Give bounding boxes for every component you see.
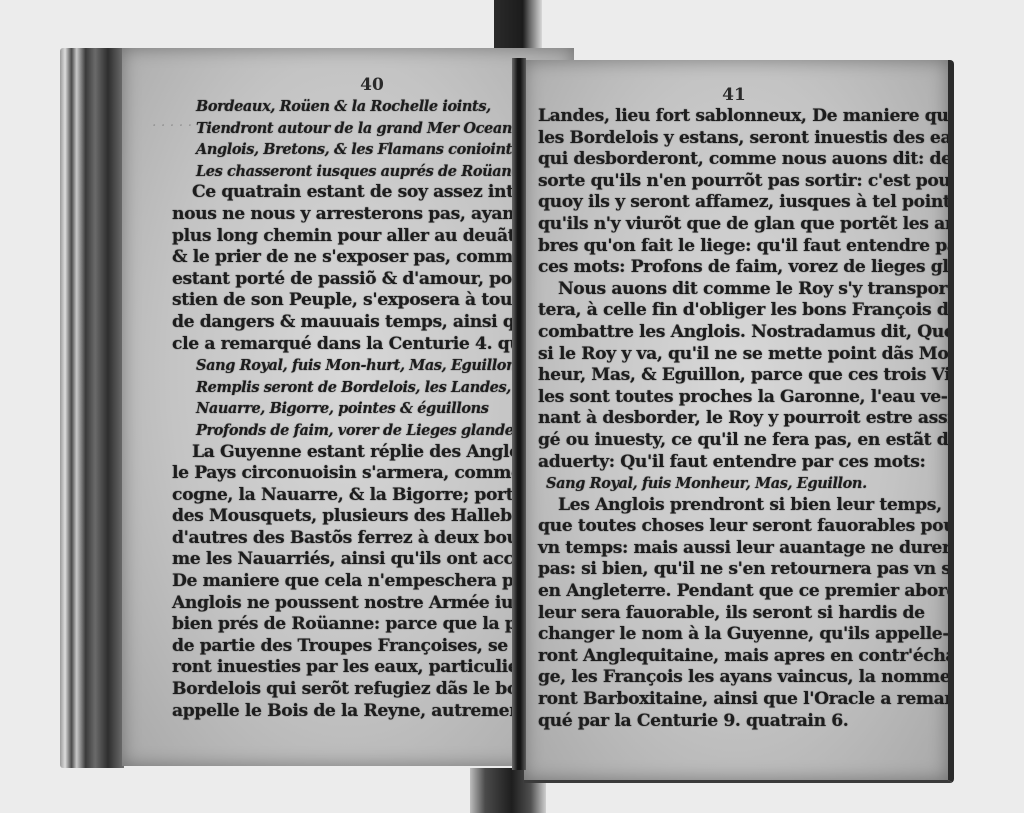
book-gutter	[512, 58, 526, 770]
text-line: les sont toutes proches la Garonne, l'ea…	[538, 387, 930, 409]
left-page: · · · · · 40 Bordeaux, Roüen & la Rochel…	[122, 48, 574, 766]
text-line: nant à desborder, le Roy y pourroit estr…	[538, 408, 930, 430]
text-line: pas: si bien, qu'il ne s'en retournera p…	[538, 559, 930, 581]
text-line: qui desborderont, comme nous auons dit: …	[538, 149, 930, 171]
text-line: tera, à celle fin d'obliger les bons Fra…	[538, 300, 930, 322]
text-line: aduerty: Qu'il faut entendre par ces mot…	[538, 452, 930, 474]
text-line: combattre les Anglois. Nostradamus dit, …	[538, 322, 930, 344]
text-line: qué par la Centurie 9. quatrain 6.	[538, 711, 930, 733]
text-line: que toutes choses leur seront fauorables…	[538, 516, 930, 538]
paragraph: Landes, lieu fort sablonneux, De maniere…	[538, 106, 930, 279]
text-line: ge, les François les ayans vaincus, la n…	[538, 667, 930, 689]
open-book: · · · · · 40 Bordeaux, Roüen & la Rochel…	[60, 44, 950, 780]
paragraph: Nous auons dit comme le Roy s'y transpor…	[538, 279, 930, 495]
text-line: si le Roy y va, qu'il ne se mette point …	[538, 344, 930, 366]
text-line: ces mots: Profons de faim, vorez de lieg…	[538, 257, 930, 279]
text-line: en Angleterre. Pendant que ce premier ab…	[538, 581, 930, 603]
paragraph: Les Anglois prendront si bien leur temps…	[538, 495, 930, 733]
text-line: vn temps: mais aussi leur auantage ne du…	[538, 538, 930, 560]
text-line: quoy ils y seront affamez, iusques à tel…	[538, 192, 930, 214]
text-line: Landes, lieu fort sablonneux, De maniere…	[538, 106, 930, 128]
page-edges-left	[60, 48, 124, 768]
text-line: les Bordelois y estans, seront inuestis …	[538, 128, 930, 150]
text-line: gé ou inuesty, ce qu'il ne fera pas, en …	[538, 430, 930, 452]
text-line: leur sera fauorable, ils seront si hardi…	[538, 603, 930, 625]
right-page-text: 41 Landes, lieu fort sablonneux, De mani…	[538, 86, 930, 732]
verse-line: Sang Royal, fuis Monheur, Mas, Eguillon.	[538, 473, 930, 495]
text-line: sorte qu'ils n'en pourrõt pas sortir: c'…	[538, 171, 930, 193]
text-line: ront Barboxitaine, ainsi que l'Oracle a …	[538, 689, 930, 711]
text-line: ront Anglequitaine, mais apres en contr'…	[538, 646, 930, 668]
text-line: Nous auons dit comme le Roy s'y transpor…	[538, 279, 930, 301]
text-line: changer le nom à la Guyenne, qu'ils appe…	[538, 624, 930, 646]
page-number: 41	[538, 86, 930, 106]
text-line: Les Anglois prendront si bien leur temps…	[538, 495, 930, 517]
text-line: bres qu'on fait le liege: qu'il faut ent…	[538, 236, 930, 258]
text-line: heur, Mas, & Eguillon, parce que ces tro…	[538, 365, 930, 387]
text-line: qu'ils n'y viurõt que de glan que portẽt…	[538, 214, 930, 236]
right-page: 41 Landes, lieu fort sablonneux, De mani…	[524, 60, 954, 783]
